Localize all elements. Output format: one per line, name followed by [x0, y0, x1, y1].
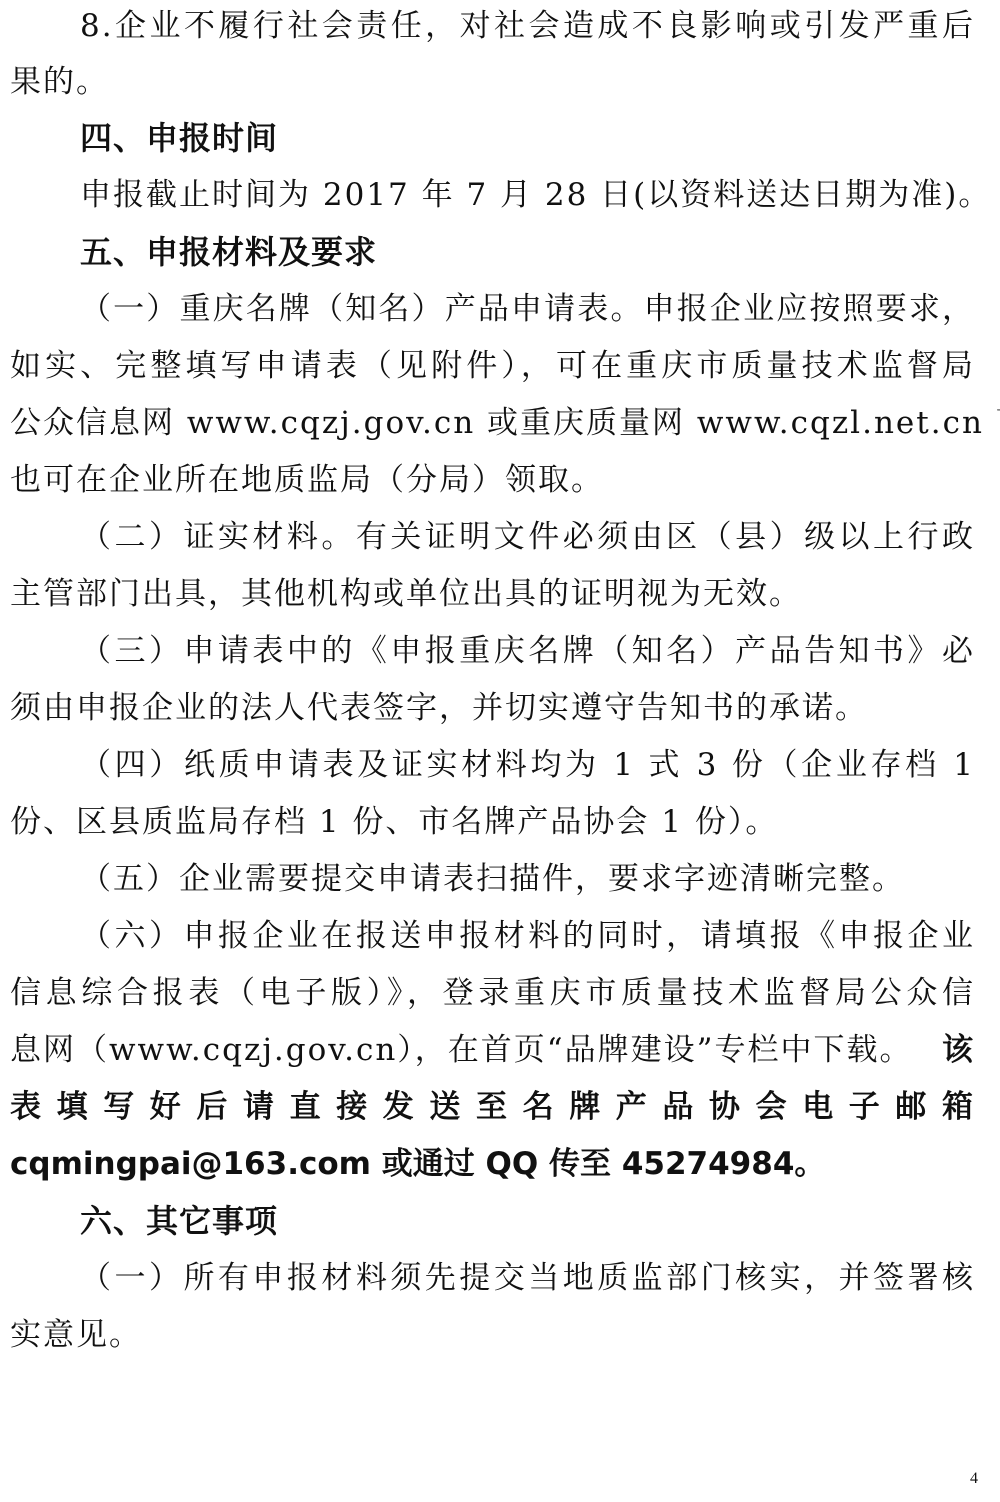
s5-p4-line2: 份、区县质监局存档 1 份、市名牌产品协会 1 份）。	[10, 802, 975, 842]
s6-p1-line2: 实意见。	[10, 1315, 975, 1355]
s5-p6-line3: 息网（www.cqzj.gov.cn），在首页“品牌建设”专栏中下载。 该	[10, 1030, 975, 1070]
s5-p6-line3-bold: 该	[942, 1030, 975, 1070]
page-number: 4	[970, 1470, 978, 1488]
s5-p1-line3: 公众信息网 www.cqzj.gov.cn 或重庆质量网 www.cqzl.ne…	[10, 403, 975, 443]
s5-p6-line3-normal: 息网（www.cqzj.gov.cn），在首页“品牌建设”专栏中下载。	[10, 1030, 913, 1070]
s5-p1-line4: 也可在企业所在地质监局（分局）领取。	[10, 460, 975, 500]
s5-p3-line2: 须由申报企业的法人代表签字，并切实遵守告知书的承诺。	[10, 688, 975, 728]
section5-heading: 五、申报材料及要求	[80, 232, 975, 272]
document-page: 8.企业不履行社会责任，对社会造成不良影响或引发严重后 果的。 四、申报时间 申…	[0, 0, 1000, 1502]
s5-p6-line1: （六）申报企业在报送申报材料的同时，请填报《申报企业	[80, 916, 975, 956]
item8-line1: 8.企业不履行社会责任，对社会造成不良影响或引发严重后	[80, 6, 975, 46]
section6-heading: 六、其它事项	[80, 1201, 975, 1241]
s5-p4-line1: （四）纸质申请表及证实材料均为 1 式 3 份（企业存档 1	[80, 745, 975, 785]
section4-heading: 四、申报时间	[80, 118, 975, 158]
s5-p2-line1: （二）证实材料。有关证明文件必须由区（县）级以上行政	[80, 517, 975, 557]
item8-line2: 果的。	[10, 62, 975, 102]
section4-text: 申报截止时间为 2017 年 7 月 28 日(以资料送达日期为准)。	[80, 175, 975, 215]
s5-p1-line1: （一）重庆名牌（知名）产品申请表。申报企业应按照要求，	[80, 289, 975, 329]
s5-p6-line4: 表填写好后请直接发送至名牌产品协会电子邮箱	[10, 1087, 975, 1127]
s5-p2-line2: 主管部门出具，其他机构或单位出具的证明视为无效。	[10, 574, 975, 614]
s6-p1-line1: （一）所有申报材料须先提交当地质监部门核实，并签署核	[80, 1258, 975, 1298]
s5-p1-line2: 如实、完整填写申请表（见附件），可在重庆市质量技术监督局	[10, 346, 975, 386]
s5-p6-line5: cqmingpai@163.com 或通过 QQ 传至 45274984。	[10, 1144, 975, 1184]
s5-p6-line2: 信息综合报表（电子版）》，登录重庆市质量技术监督局公众信	[10, 973, 975, 1013]
s5-p5-line1: （五）企业需要提交申请表扫描件，要求字迹清晰完整。	[80, 859, 975, 899]
s5-p3-line1: （三）申请表中的《申报重庆名牌（知名）产品告知书》必	[80, 631, 975, 671]
